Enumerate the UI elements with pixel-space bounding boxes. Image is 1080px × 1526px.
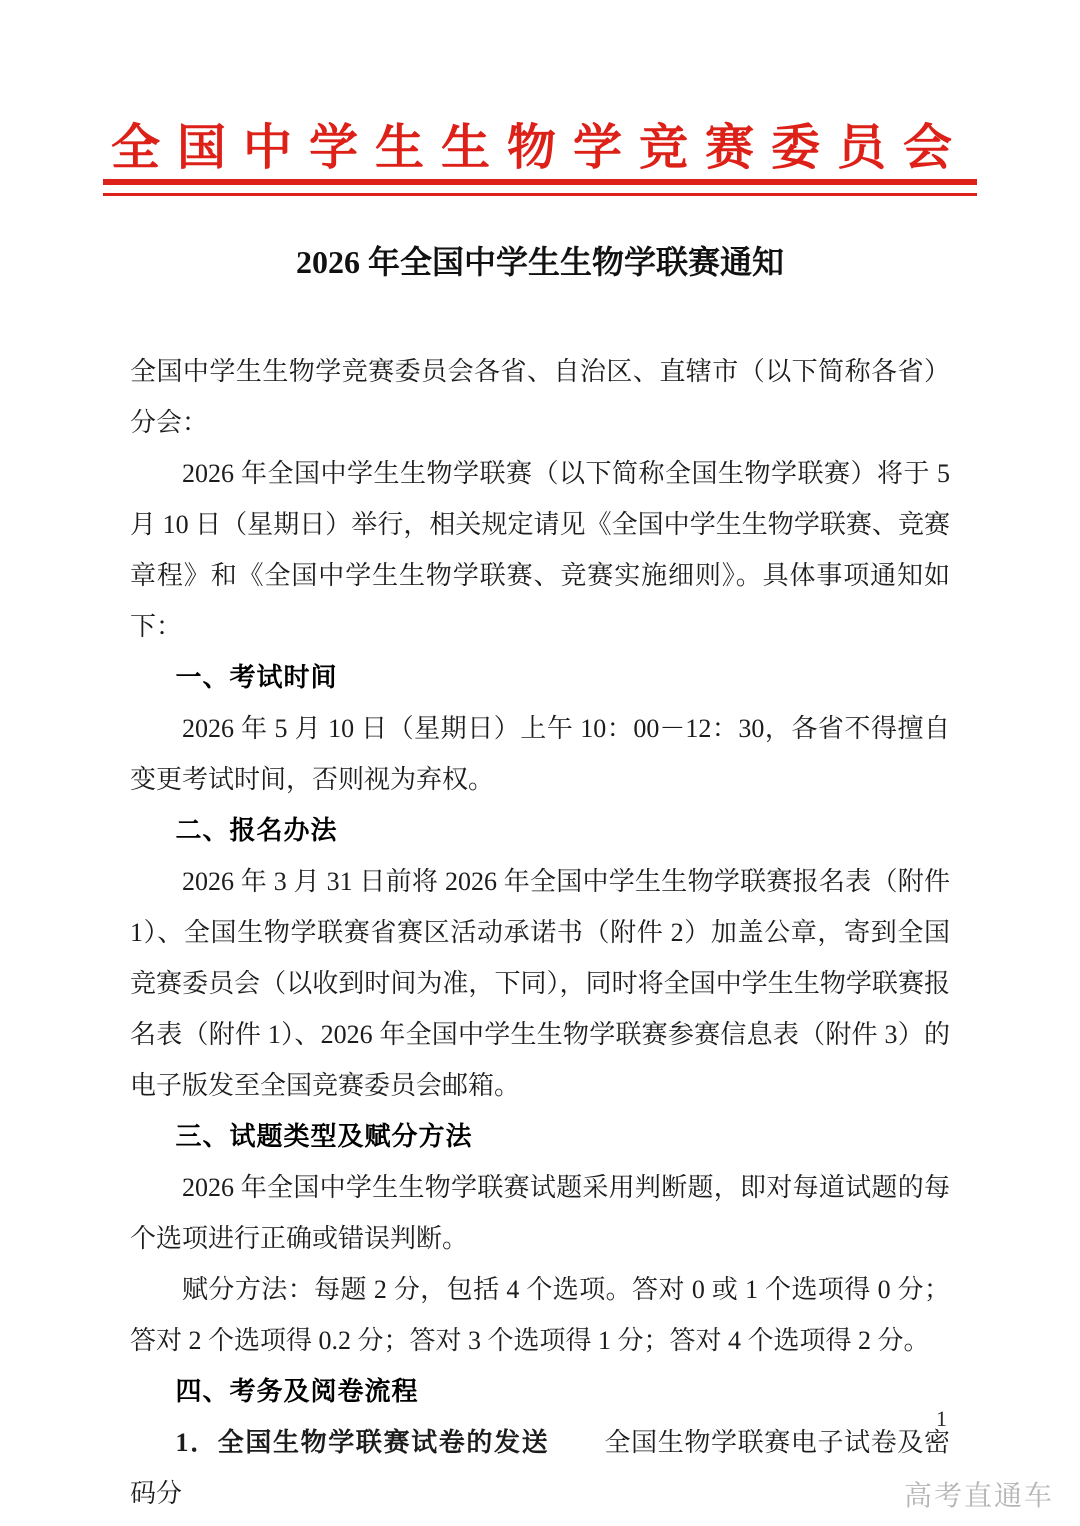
section-heading-1: 一、考试时间 bbox=[130, 652, 950, 703]
letterhead: 全国中学生生物学竞赛委员会 bbox=[0, 0, 1080, 196]
document-title: 2026 年全国中学生生物学联赛通知 bbox=[0, 242, 1080, 282]
section-2-paragraph: 2026 年 3 月 31 日前将 2026 年全国中学生生物学联赛报名表（附件… bbox=[130, 856, 950, 1111]
section-3-paragraph-2: 赋分方法：每题 2 分，包括 4 个选项。答对 0 或 1 个选项得 0 分；答… bbox=[130, 1264, 950, 1366]
numbered-item-1: 1．全国生物学联赛试卷的发送全国生物学联赛电子试卷及密码分 bbox=[130, 1417, 950, 1519]
page-number: 1 bbox=[936, 1406, 947, 1432]
document-page: 全国中学生生物学竞赛委员会 2026 年全国中学生生物学联赛通知 全国中学生生物… bbox=[0, 0, 1080, 1526]
letterhead-rule-thin bbox=[103, 193, 977, 196]
section-1-paragraph: 2026 年 5 月 10 日（星期日）上午 10：00－12：30，各省不得擅… bbox=[130, 703, 950, 805]
numbered-item-1-label: 1．全国生物学联赛试卷的发送 bbox=[176, 1428, 550, 1457]
salutation-line: 全国中学生生物学竞赛委员会各省、自治区、直辖市（以下简称各省）分会： bbox=[130, 346, 950, 448]
section-3-paragraph-1: 2026 年全国中学生生物学联赛试题采用判断题，即对每道试题的每个选项进行正确或… bbox=[130, 1162, 950, 1264]
letterhead-rule-thick bbox=[103, 179, 977, 185]
section-heading-3: 三、试题类型及赋分方法 bbox=[130, 1111, 950, 1162]
watermark-text: 高考直通车 bbox=[904, 1474, 1054, 1514]
document-body: 全国中学生生物学竞赛委员会各省、自治区、直辖市（以下简称各省）分会： 2026 … bbox=[130, 346, 950, 1519]
section-heading-2: 二、报名办法 bbox=[130, 805, 950, 856]
intro-paragraph: 2026 年全国中学生生物学联赛（以下简称全国生物学联赛）将于 5 月 10 日… bbox=[130, 448, 950, 652]
section-heading-4: 四、考务及阅卷流程 bbox=[130, 1366, 950, 1417]
letterhead-title: 全国中学生生物学竞赛委员会 bbox=[111, 118, 969, 178]
